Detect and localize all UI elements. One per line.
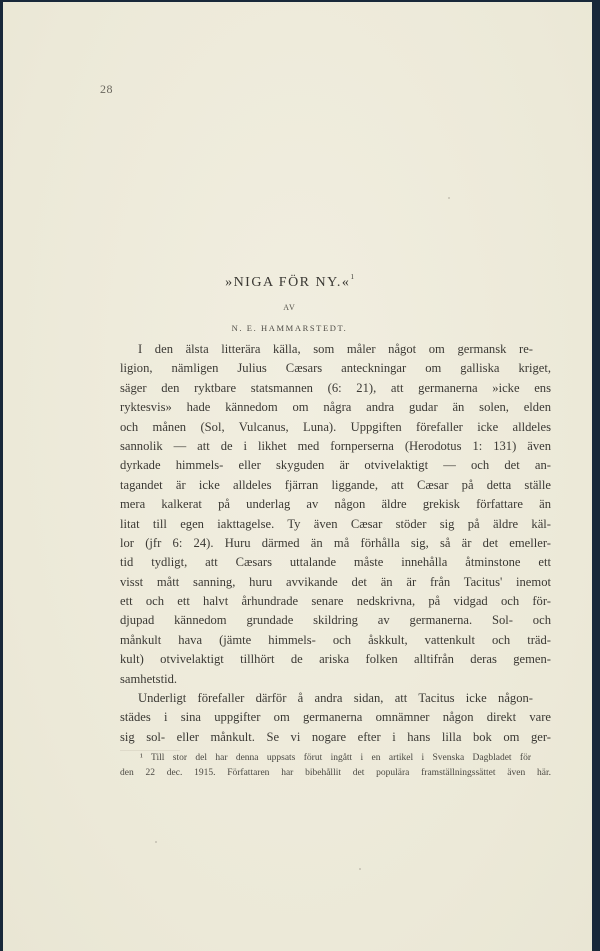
page-number: 28	[100, 82, 113, 97]
text-line: tid tydligt, att Cæsars uttalande måste …	[120, 553, 551, 572]
text-line: dyrkade himmels- eller skyguden är otviv…	[120, 456, 551, 475]
text-line: sannolik — att de i likhet med fornperse…	[120, 437, 551, 456]
footnote-line: den 22 dec. 1915. Författaren har bibehå…	[120, 766, 551, 781]
article-title-text: »NIGA FÖR NY.«	[225, 275, 350, 290]
footnotes: ¹ Till stor del har denna uppsats förut …	[120, 751, 551, 781]
text-line: ligion, nämligen Julius Cæsars antecknin…	[120, 359, 551, 378]
paper-speck	[155, 841, 157, 843]
text-line: kult) otvivelaktigt tillhört de ariska f…	[120, 650, 551, 669]
text-line: samhetstid.	[120, 670, 551, 689]
text-line: I den älsta litterära källa, som måler n…	[120, 340, 551, 359]
text-line: tagandet är icke alldeles fjärran liggan…	[120, 476, 551, 495]
text-line: litat till egen iakttagelse. Ty även Cæs…	[120, 515, 551, 534]
text-line: städes i sina uppgifter om germanerna om…	[120, 708, 551, 727]
byline: AV	[0, 303, 584, 312]
footnote-marker: 1	[350, 273, 354, 281]
text-line: Underligt förefaller därför å andra sida…	[120, 689, 551, 708]
text-line: ryktesvis» hade kännedom om några andra …	[120, 398, 551, 417]
paper-speck	[359, 868, 361, 870]
text-line: och månen (Sol, Vulcanus, Luna). Uppgift…	[120, 418, 551, 437]
author-name: N. E. HAMMARSTEDT.	[0, 323, 584, 333]
text-line: säger den ryktbare statsmannen (6: 21), …	[120, 379, 551, 398]
body-text: I den älsta litterära källa, som måler n…	[120, 340, 551, 747]
paper-speck	[448, 197, 450, 199]
text-line: månkult hava (jämte himmels- och åskkult…	[120, 631, 551, 650]
article-title: »NIGA FÖR NY.«1	[0, 273, 584, 291]
text-line: lor (jfr 6: 24). Huru därmed än må förhå…	[120, 534, 551, 553]
text-line: sig sol- eller månkult. Se vi nogare eft…	[120, 728, 551, 747]
text-line: djupad kännedom grundade skildring av ge…	[120, 611, 551, 630]
text-line: visst mått sanning, huru avvikande det ä…	[120, 573, 551, 592]
document-page: 28 »NIGA FÖR NY.«1 AV N. E. HAMMARSTEDT.…	[3, 2, 592, 951]
text-line: mera kalkerat på underlag av någon äldre…	[120, 495, 551, 514]
text-line: ett och ett halvt århundrade senare neds…	[120, 592, 551, 611]
footnote-line: ¹ Till stor del har denna uppsats förut …	[120, 751, 551, 766]
